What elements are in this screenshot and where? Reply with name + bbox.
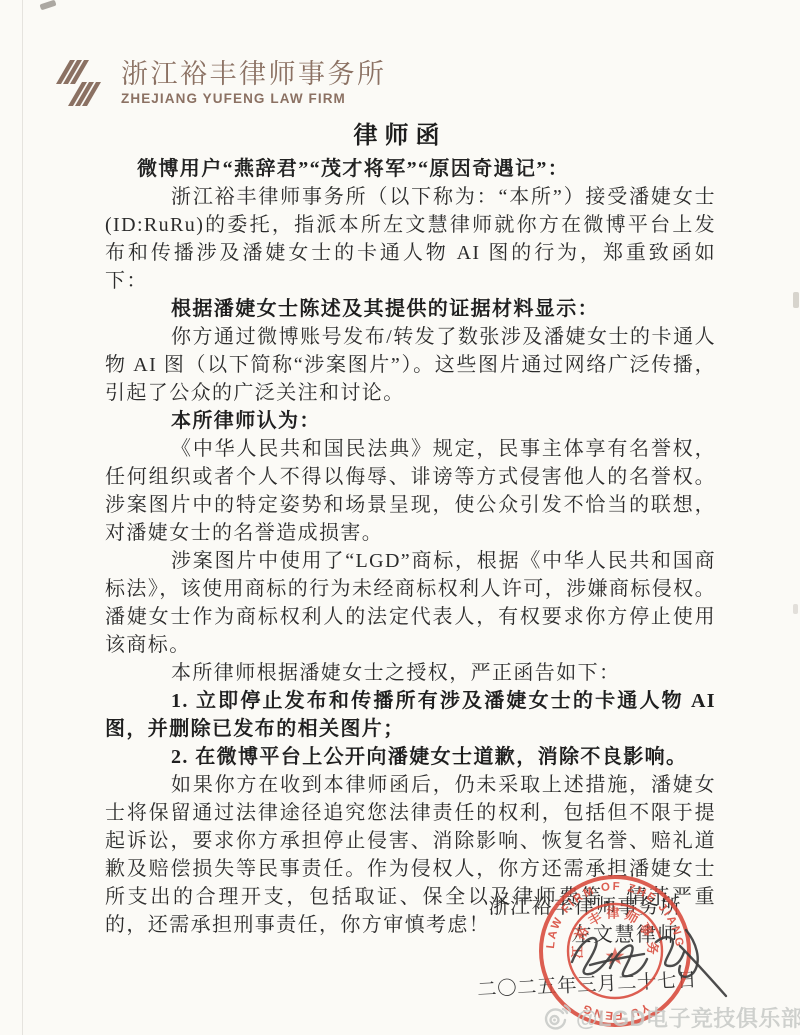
salutation-line: 微博用户“燕辞君”“茂才将军”“原因奇遇记”： (105, 155, 716, 183)
logo-text-block: 浙江裕丰律师事务所 ZHEJIANG YUFENG LAW FIRM (121, 60, 387, 107)
firm-name-cn: 浙江裕丰律师事务所 (121, 60, 387, 90)
demand-item-1: 1. 立即停止发布和传播所有涉及潘婕女士的卡通人物 AI 图，并删除已发布的相关… (105, 687, 716, 743)
section-heading: 本所律师认为： (105, 407, 716, 435)
weibo-logo-icon (541, 1003, 571, 1032)
paragraph: 涉案图片中使用了“LGD”商标，根据《中华人民共和国商标法》，该使用商标的行为未… (105, 547, 716, 659)
weibo-watermark: @LGD电子竞技俱乐部 (541, 1002, 800, 1033)
paragraph: 本所律师根据潘婕女士之授权，严正函告如下： (105, 659, 716, 687)
paragraph: 浙江裕丰律师事务所（以下称为：“本所”）接受潘婕女士(ID:RuRu)的委托，指… (105, 183, 716, 295)
letter-body: 微博用户“燕辞君”“茂才将军”“原因奇遇记”： 浙江裕丰律师事务所（以下称为：“… (105, 155, 716, 939)
paragraph: 你方通过微博账号发布/转发了数张涉及潘婕女士的卡通人物 AI 图（以下简称“涉案… (105, 323, 716, 407)
section-heading: 根据潘婕女士陈述及其提供的证据材料显示： (105, 295, 716, 323)
scan-mark-artifact (793, 604, 798, 614)
firm-name-en: ZHEJIANG YUFENG LAW FIRM (121, 91, 387, 106)
letter-title: 律师函 (0, 115, 800, 150)
scanned-lawyer-letter: 浙江裕丰律师事务所 ZHEJIANG YUFENG LAW FIRM 律师函 微… (0, 0, 800, 1035)
scan-speck-artifact (39, 0, 56, 10)
law-firm-logo: 浙江裕丰律师事务所 ZHEJIANG YUFENG LAW FIRM (56, 58, 387, 108)
paragraph: 《中华人民共和国民法典》规定，民事主体享有名誉权，任何组织或者个人不得以侮辱、诽… (105, 435, 716, 547)
scan-edge-artifact (22, 0, 23, 1035)
demand-item-2: 2. 在微博平台上公开向潘婕女士道歉，消除不良影响。 (105, 743, 716, 771)
diagonal-stripes-logo-icon (56, 58, 110, 108)
handwritten-signature (560, 916, 735, 1008)
watermark-handle: @LGD电子竞技俱乐部 (576, 1002, 800, 1033)
scan-mark-artifact (793, 292, 799, 308)
